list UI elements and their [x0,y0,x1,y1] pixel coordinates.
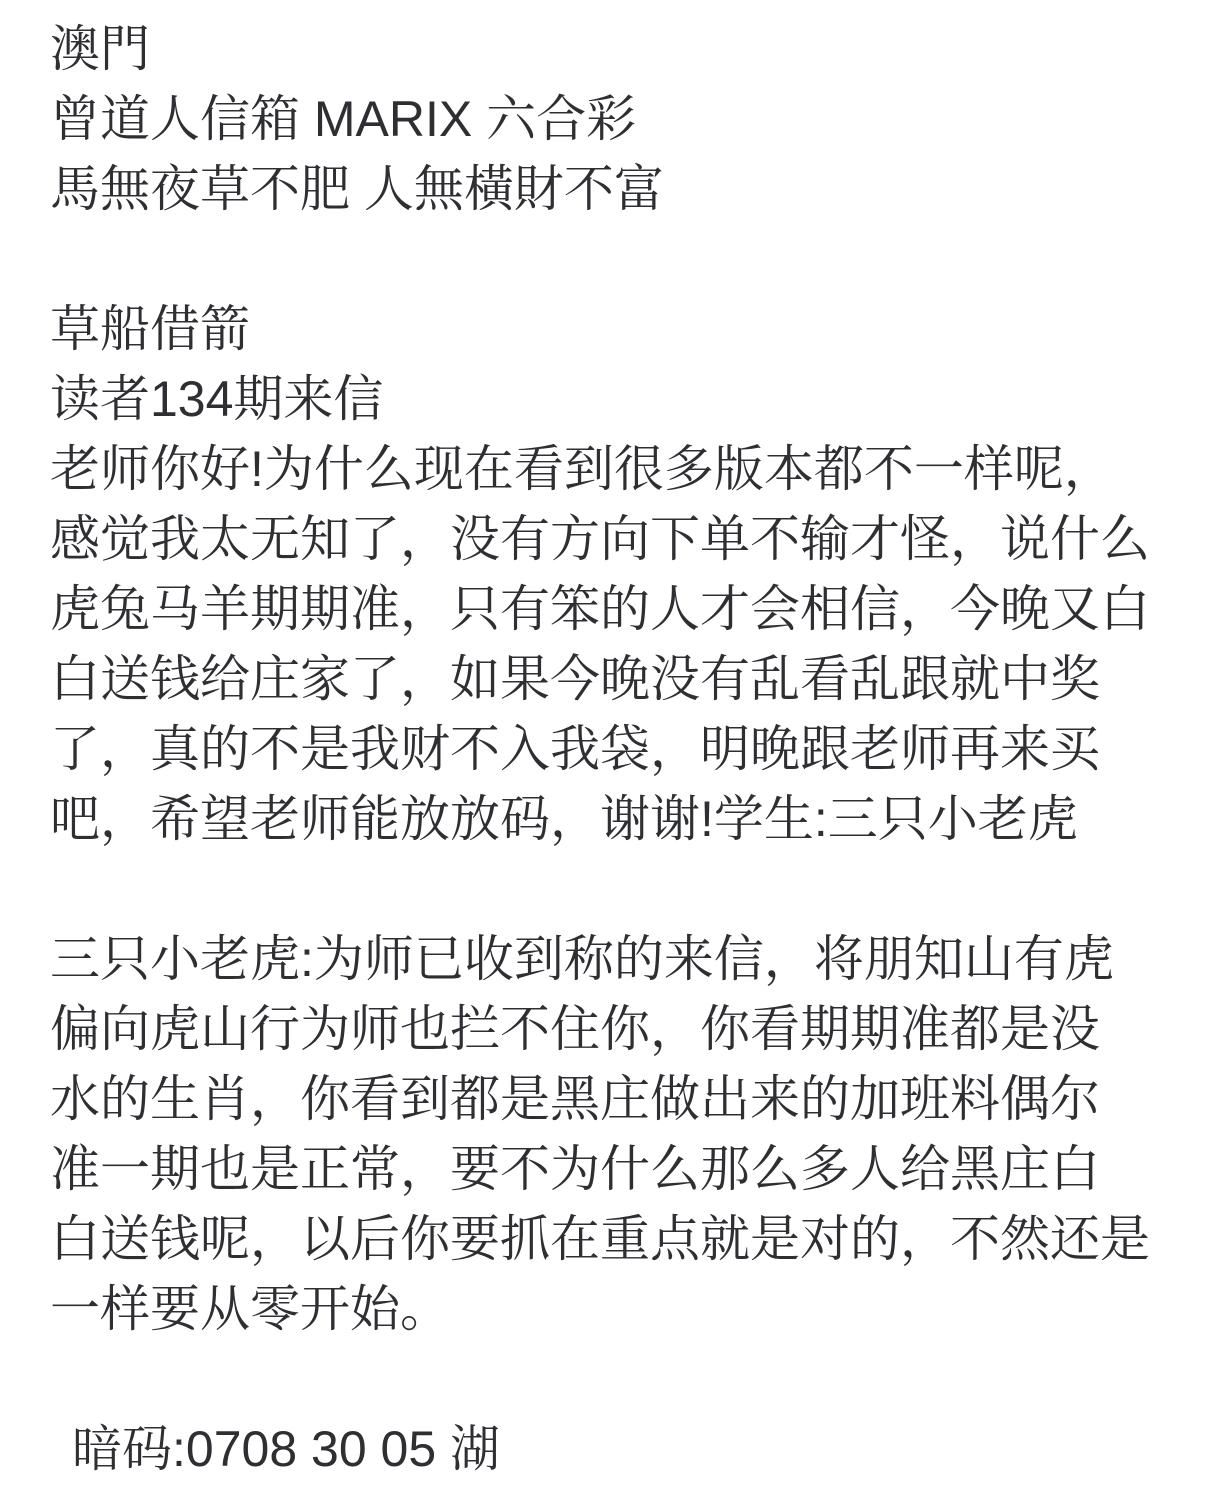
lottery-letter-page: 澳門 曾道人信箱 MARIX 六合彩 馬無夜草不肥 人無橫財不富 草船借箭 读者… [0,0,1220,1493]
spacer-1 [50,224,1184,294]
section-title: 草船借箭 [50,294,1184,364]
region-title: 澳門 [50,14,1184,84]
spacer-2 [50,854,1184,924]
teacher-reply-paragraph: 三只小老虎:为师已收到称的来信，将朋知山有虎 偏向虎山行为师也拦不住你，你看期期… [50,924,1184,1344]
letter-heading: 读者134期来信 [50,364,1184,434]
spacer-3 [50,1344,1184,1414]
reader-letter-paragraph: 老师你好!为什么现在看到很多版本都不一样呢， 感觉我太无知了，没有方向下单不输才… [50,434,1184,854]
mailbox-title: 曾道人信箱 MARIX 六合彩 [50,84,1184,154]
motto-line: 馬無夜草不肥 人無橫財不富 [50,154,1184,224]
secret-code-line: 暗码:0708 30 05 湖 [50,1414,1184,1484]
